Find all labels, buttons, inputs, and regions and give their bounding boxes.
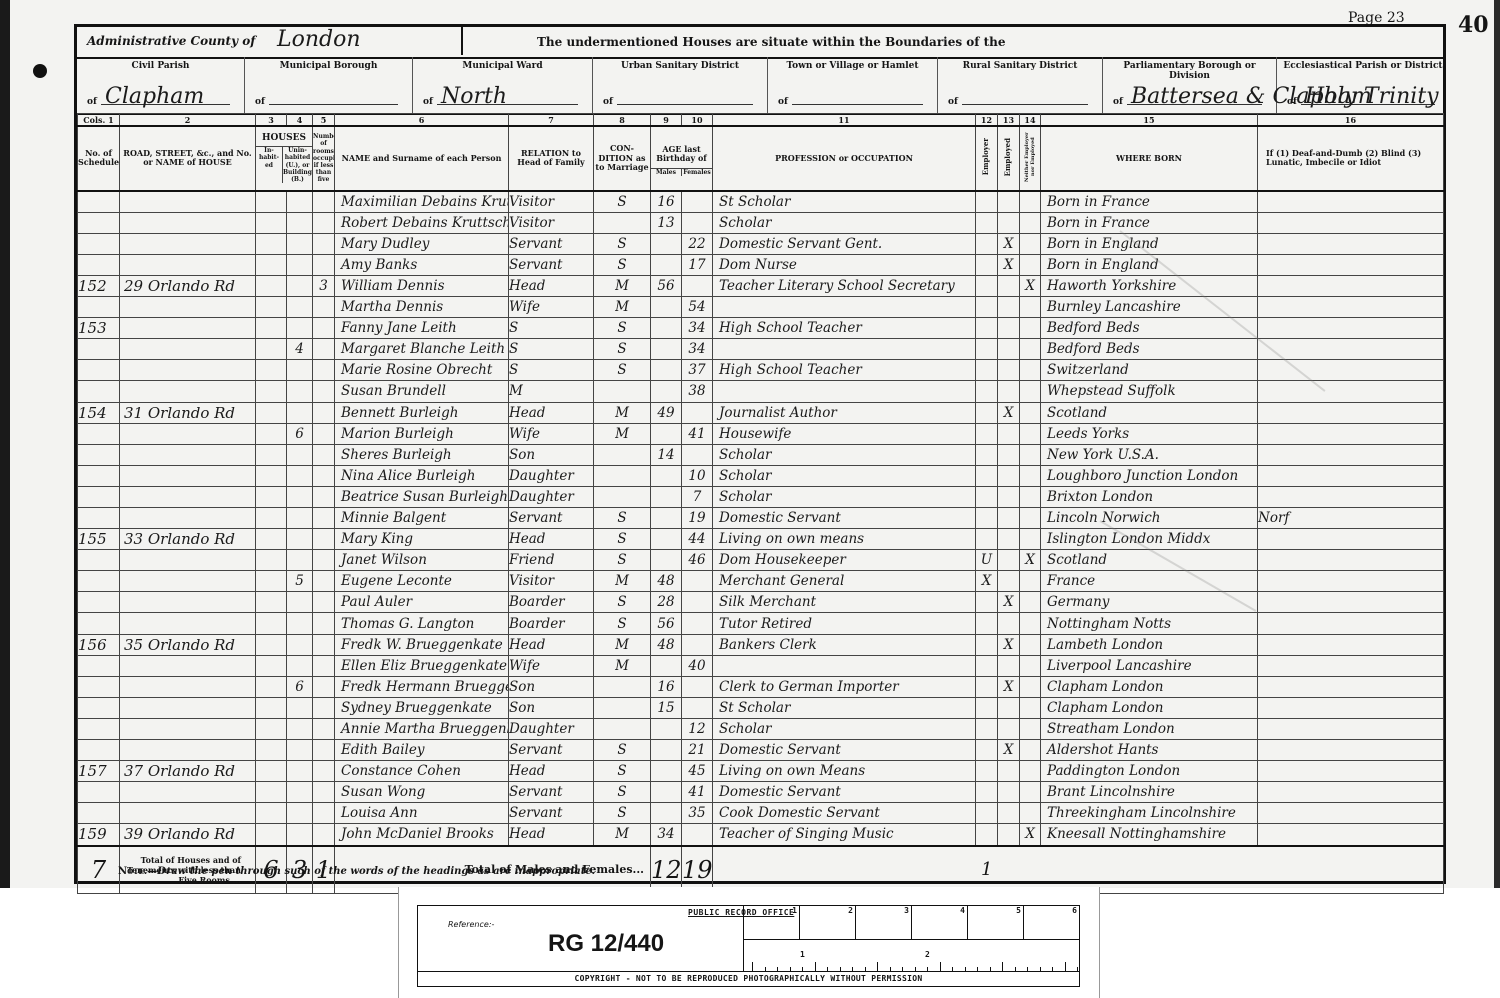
- row-inhabited: [256, 655, 287, 676]
- row-neither: [1020, 761, 1041, 782]
- row-employer: [976, 613, 998, 634]
- row-road: [120, 697, 256, 718]
- district-field: Ecclesiastical Parish or DistrictofHoly …: [1277, 57, 1449, 113]
- column-number: 13: [998, 114, 1020, 127]
- row-condition: [594, 465, 651, 486]
- row-rooms: [313, 613, 335, 634]
- row-inhabited: [256, 592, 287, 613]
- table-row: Louisa AnnServantS35Cook Domestic Servan…: [78, 803, 1444, 824]
- row-inhabited: [256, 613, 287, 634]
- row-male-age: [651, 339, 682, 360]
- fill-line: [962, 104, 1088, 105]
- row-rooms: [313, 233, 335, 254]
- copyright-notice: COPYRIGHT - NOT TO BE REPRODUCED PHOTOGR…: [418, 971, 1079, 986]
- row-male-age: [651, 718, 682, 739]
- row-female-age: 41: [682, 782, 713, 803]
- row-inhabited: [256, 465, 287, 486]
- row-birthplace: Born in England: [1041, 233, 1258, 254]
- row-schedule: [78, 655, 120, 676]
- column-header-row: No. of Schedule ROAD, STREET, &c., and N…: [78, 126, 1444, 191]
- row-uninhabited: 5: [287, 571, 313, 592]
- row-inhabited: [256, 740, 287, 761]
- row-occupation: Living on own Means: [713, 761, 976, 782]
- row-employed: [998, 529, 1020, 550]
- table-row: 15939 Orlando RdJohn McDaniel BrooksHead…: [78, 824, 1444, 846]
- row-infirmity: [1258, 655, 1444, 676]
- row-neither: [1020, 444, 1041, 465]
- row-female-age: 41: [682, 423, 713, 444]
- row-neither: [1020, 634, 1041, 655]
- row-infirmity: [1258, 423, 1444, 444]
- district-label: Town or Village or Hamlet: [768, 61, 937, 71]
- reference-number: RG 12/440: [548, 930, 664, 958]
- row-name: Mary King: [335, 529, 509, 550]
- col-condition-header: CON-DITION as to Marriage: [594, 126, 651, 191]
- row-schedule: [78, 465, 120, 486]
- row-employed: [998, 655, 1020, 676]
- row-schedule: [78, 803, 120, 824]
- row-road: [120, 360, 256, 381]
- row-road: [120, 803, 256, 824]
- row-condition: S: [594, 529, 651, 550]
- row-uninhabited: [287, 254, 313, 275]
- row-neither: [1020, 782, 1041, 803]
- row-inhabited: [256, 697, 287, 718]
- row-male-age: [651, 297, 682, 318]
- row-male-age: 48: [651, 634, 682, 655]
- row-employed: [998, 571, 1020, 592]
- row-relation: Head: [509, 402, 594, 423]
- row-name: Martha Dennis: [335, 297, 509, 318]
- row-name: Louisa Ann: [335, 803, 509, 824]
- row-road: [120, 339, 256, 360]
- row-rooms: [313, 423, 335, 444]
- table-row: Annie Martha BrueggenkateDaughter12Schol…: [78, 718, 1444, 739]
- row-infirmity: [1258, 360, 1444, 381]
- row-female-age: 22: [682, 233, 713, 254]
- row-uninhabited: [287, 697, 313, 718]
- row-inhabited: [256, 508, 287, 529]
- row-infirmity: [1258, 634, 1444, 655]
- row-uninhabited: [287, 529, 313, 550]
- row-birthplace: Switzerland: [1041, 360, 1258, 381]
- row-birthplace: Streatham London: [1041, 718, 1258, 739]
- row-inhabited: [256, 550, 287, 571]
- column-number: 15: [1041, 114, 1258, 127]
- row-male-age: 15: [651, 697, 682, 718]
- row-male-age: [651, 782, 682, 803]
- row-female-age: 46: [682, 550, 713, 571]
- row-condition: [594, 486, 651, 507]
- row-employer: [976, 360, 998, 381]
- row-male-age: [651, 360, 682, 381]
- ruler-cm-mark: 5: [968, 906, 1024, 939]
- row-road: [120, 508, 256, 529]
- table-row: 15635 Orlando RdFredk W. BrueggenkateHea…: [78, 634, 1444, 655]
- row-infirmity: [1258, 318, 1444, 339]
- row-neither: [1020, 360, 1041, 381]
- row-birthplace: Loughboro Junction London: [1041, 465, 1258, 486]
- row-neither: [1020, 254, 1041, 275]
- row-birthplace: Scotland: [1041, 402, 1258, 423]
- row-neither: [1020, 423, 1041, 444]
- row-neither: [1020, 233, 1041, 254]
- row-employed: [998, 508, 1020, 529]
- row-male-age: [651, 381, 682, 402]
- row-neither: [1020, 508, 1041, 529]
- row-rooms: [313, 697, 335, 718]
- males-header: Males: [651, 169, 682, 176]
- row-employed: [998, 465, 1020, 486]
- row-schedule: [78, 508, 120, 529]
- table-row: Beatrice Susan BurleighDaughter7ScholarB…: [78, 486, 1444, 507]
- column-number: 10: [682, 114, 713, 127]
- row-condition: M: [594, 297, 651, 318]
- row-employed: [998, 782, 1020, 803]
- district-value: North: [441, 84, 507, 109]
- row-employer: [976, 508, 998, 529]
- row-uninhabited: [287, 508, 313, 529]
- row-road: [120, 233, 256, 254]
- row-female-age: [682, 275, 713, 296]
- total-males: 12: [651, 846, 682, 894]
- row-name: Ellen Eliz Brueggenkate: [335, 655, 509, 676]
- row-infirmity: [1258, 550, 1444, 571]
- census-rows: Maximilian Debains KruttschVisitorS16St …: [78, 191, 1444, 846]
- row-uninhabited: [287, 803, 313, 824]
- row-condition: [594, 676, 651, 697]
- row-uninhabited: [287, 592, 313, 613]
- row-employer: [976, 402, 998, 423]
- row-employed: X: [998, 740, 1020, 761]
- table-row: 153Fanny Jane LeithSS34High School Teach…: [78, 318, 1444, 339]
- row-rooms: [313, 655, 335, 676]
- row-employer: [976, 381, 998, 402]
- row-birthplace: Born in France: [1041, 212, 1258, 233]
- row-condition: M: [594, 571, 651, 592]
- row-employed: [998, 423, 1020, 444]
- row-name: Mary Dudley: [335, 233, 509, 254]
- row-employer: [976, 254, 998, 275]
- row-road: [120, 297, 256, 318]
- folio-number: 40: [1458, 12, 1489, 38]
- row-relation: Daughter: [509, 465, 594, 486]
- row-female-age: [682, 824, 713, 846]
- column-number: 3: [256, 114, 287, 127]
- row-male-age: 28: [651, 592, 682, 613]
- row-male-age: 56: [651, 275, 682, 296]
- row-rooms: [313, 571, 335, 592]
- row-birthplace: Islington London Middx: [1041, 529, 1258, 550]
- row-female-age: 19: [682, 508, 713, 529]
- row-female-age: 17: [682, 254, 713, 275]
- district-label: Ecclesiastical Parish or District: [1277, 61, 1449, 71]
- row-occupation: Cook Domestic Servant: [713, 803, 976, 824]
- ruler-top-scale: 123456: [744, 906, 1080, 940]
- row-occupation: Journalist Author: [713, 402, 976, 423]
- row-employer: [976, 423, 998, 444]
- column-number: 6: [335, 114, 509, 127]
- row-neither: [1020, 381, 1041, 402]
- row-employed: [998, 803, 1020, 824]
- row-male-age: 16: [651, 676, 682, 697]
- ruler-cm-mark: 3: [856, 906, 912, 939]
- table-row: Susan BrundellM38Whepstead Suffolk: [78, 381, 1444, 402]
- admin-county-value: London: [277, 27, 361, 52]
- row-occupation: Scholar: [713, 444, 976, 465]
- row-infirmity: [1258, 697, 1444, 718]
- of-label: of: [778, 97, 788, 107]
- row-neither: X: [1020, 824, 1041, 846]
- row-road: [120, 486, 256, 507]
- row-employer: [976, 297, 998, 318]
- row-employer: U: [976, 550, 998, 571]
- row-birthplace: Threekingham Lincolnshire: [1041, 803, 1258, 824]
- row-road: [120, 782, 256, 803]
- row-infirmity: [1258, 613, 1444, 634]
- row-occupation: Domestic Servant Gent.: [713, 233, 976, 254]
- row-infirmity: [1258, 191, 1444, 213]
- row-schedule: 156: [78, 634, 120, 655]
- row-inhabited: [256, 486, 287, 507]
- row-schedule: 155: [78, 529, 120, 550]
- col-born-header: WHERE BORN: [1041, 126, 1258, 191]
- row-relation: Visitor: [509, 191, 594, 213]
- row-condition: S: [594, 508, 651, 529]
- row-birthplace: Brixton London: [1041, 486, 1258, 507]
- row-infirmity: [1258, 529, 1444, 550]
- row-uninhabited: [287, 402, 313, 423]
- row-inhabited: [256, 381, 287, 402]
- row-uninhabited: [287, 275, 313, 296]
- row-inhabited: [256, 718, 287, 739]
- row-male-age: 48: [651, 571, 682, 592]
- row-male-age: [651, 529, 682, 550]
- row-occupation: [713, 339, 976, 360]
- row-neither: [1020, 655, 1041, 676]
- table-row: Amy BanksServantS17Dom NurseXBorn in Eng…: [78, 254, 1444, 275]
- table-row: 4Margaret Blanche LeithSS34Bedford Beds: [78, 339, 1444, 360]
- row-name: Janet Wilson: [335, 550, 509, 571]
- table-row: 5Eugene LeconteVisitorM48Merchant Genera…: [78, 571, 1444, 592]
- row-inhabited: [256, 676, 287, 697]
- district-label: Municipal Ward: [413, 61, 592, 71]
- district-field: Municipal WardofNorth: [413, 57, 593, 113]
- row-inhabited: [256, 571, 287, 592]
- row-male-age: [651, 318, 682, 339]
- row-inhabited: [256, 297, 287, 318]
- row-condition: M: [594, 275, 651, 296]
- row-condition: M: [594, 402, 651, 423]
- col-rooms-header: Number of rooms occupied if less than fi…: [313, 126, 335, 191]
- row-male-age: 13: [651, 212, 682, 233]
- row-female-age: 44: [682, 529, 713, 550]
- row-relation: Son: [509, 676, 594, 697]
- row-neither: [1020, 191, 1041, 213]
- row-name: Margaret Blanche Leith: [335, 339, 509, 360]
- row-occupation: Scholar: [713, 465, 976, 486]
- row-uninhabited: 4: [287, 339, 313, 360]
- total-females: 19: [682, 846, 713, 894]
- row-uninhabited: [287, 212, 313, 233]
- ruler-cm-mark: 6: [1024, 906, 1080, 939]
- row-rooms: [313, 824, 335, 846]
- table-row: 15533 Orlando RdMary KingHeadS44Living o…: [78, 529, 1444, 550]
- row-inhabited: [256, 233, 287, 254]
- row-employed: [998, 824, 1020, 846]
- note-prefix: Note.: [118, 866, 147, 877]
- form-note: Note.—Draw the pen through such of the w…: [118, 866, 595, 877]
- row-schedule: 159: [78, 824, 120, 846]
- row-relation: Daughter: [509, 718, 594, 739]
- ruler-inch-mark: 2: [925, 950, 930, 959]
- row-infirmity: [1258, 444, 1444, 465]
- row-relation: Head: [509, 634, 594, 655]
- row-female-age: [682, 212, 713, 233]
- fill-line: [792, 104, 923, 105]
- row-occupation: St Scholar: [713, 697, 976, 718]
- of-label: of: [255, 97, 265, 107]
- row-rooms: [313, 191, 335, 213]
- table-row: Mary DudleyServantS22Domestic Servant Ge…: [78, 233, 1444, 254]
- row-rooms: [313, 465, 335, 486]
- row-road: 31 Orlando Rd: [120, 402, 256, 423]
- row-neither: [1020, 571, 1041, 592]
- district-field: Rural Sanitary Districtof: [938, 57, 1103, 113]
- females-header: Females: [682, 169, 712, 176]
- table-row: 15229 Orlando Rd3William DennisHeadM56Te…: [78, 275, 1444, 296]
- row-employer: [976, 529, 998, 550]
- row-condition: M: [594, 824, 651, 846]
- row-name: Maximilian Debains Kruttsch: [335, 191, 509, 213]
- row-occupation: Teacher of Singing Music: [713, 824, 976, 846]
- row-schedule: 152: [78, 275, 120, 296]
- row-schedule: [78, 339, 120, 360]
- census-form: Administrative County of London The unde…: [74, 24, 1446, 884]
- row-rooms: [313, 718, 335, 739]
- admin-county-label: Administrative County of: [87, 34, 255, 48]
- row-condition: S: [594, 782, 651, 803]
- of-label: of: [1113, 97, 1123, 107]
- row-employer: [976, 275, 998, 296]
- row-birthplace: New York U.S.A.: [1041, 444, 1258, 465]
- row-male-age: [651, 761, 682, 782]
- row-female-age: 21: [682, 740, 713, 761]
- row-employer: [976, 697, 998, 718]
- row-occupation: Bankers Clerk: [713, 634, 976, 655]
- row-name: Fanny Jane Leith: [335, 318, 509, 339]
- row-birthplace: Paddington London: [1041, 761, 1258, 782]
- row-infirmity: Norf: [1258, 508, 1444, 529]
- district-value: Holy Trinity: [1305, 84, 1439, 109]
- row-road: [120, 613, 256, 634]
- row-road: [120, 655, 256, 676]
- row-uninhabited: [287, 297, 313, 318]
- row-female-age: 45: [682, 761, 713, 782]
- row-uninhabited: [287, 233, 313, 254]
- row-road: [120, 191, 256, 213]
- row-relation: Wife: [509, 423, 594, 444]
- col-name-header: NAME and Surname of each Person: [335, 126, 509, 191]
- row-inhabited: [256, 339, 287, 360]
- row-neither: X: [1020, 550, 1041, 571]
- row-rooms: [313, 634, 335, 655]
- row-road: [120, 465, 256, 486]
- row-infirmity: [1258, 782, 1444, 803]
- row-birthplace: Born in France: [1041, 191, 1258, 213]
- row-relation: Servant: [509, 254, 594, 275]
- row-neither: [1020, 718, 1041, 739]
- row-rooms: [313, 339, 335, 360]
- row-relation: Wife: [509, 655, 594, 676]
- row-relation: Wife: [509, 297, 594, 318]
- total-employed-mark: 1: [713, 846, 1444, 894]
- row-uninhabited: [287, 360, 313, 381]
- row-employed: [998, 191, 1020, 213]
- row-uninhabited: [287, 381, 313, 402]
- row-road: [120, 676, 256, 697]
- row-male-age: [651, 423, 682, 444]
- row-male-age: [651, 486, 682, 507]
- row-birthplace: Liverpool Lancashire: [1041, 655, 1258, 676]
- row-infirmity: [1258, 676, 1444, 697]
- row-male-age: 56: [651, 613, 682, 634]
- row-infirmity: [1258, 233, 1444, 254]
- row-name: Fredk W. Brueggenkate: [335, 634, 509, 655]
- col-employer-header: Employer: [976, 126, 998, 191]
- row-relation: S: [509, 360, 594, 381]
- row-condition: S: [594, 360, 651, 381]
- employer-label: Employer: [982, 138, 990, 175]
- row-birthplace: Whepstead Suffolk: [1041, 381, 1258, 402]
- row-employer: [976, 212, 998, 233]
- row-infirmity: [1258, 381, 1444, 402]
- row-relation: S: [509, 318, 594, 339]
- row-schedule: [78, 718, 120, 739]
- ruler-cm-mark: 2: [800, 906, 856, 939]
- row-uninhabited: [287, 718, 313, 739]
- row-name: Susan Brundell: [335, 381, 509, 402]
- row-employer: [976, 718, 998, 739]
- row-condition: [594, 718, 651, 739]
- row-employer: [976, 318, 998, 339]
- row-neither: [1020, 676, 1041, 697]
- row-condition: S: [594, 254, 651, 275]
- row-name: Paul Auler: [335, 592, 509, 613]
- row-inhabited: [256, 254, 287, 275]
- row-occupation: Domestic Servant: [713, 782, 976, 803]
- row-female-age: [682, 444, 713, 465]
- table-row: Nina Alice BurleighDaughter10ScholarLoug…: [78, 465, 1444, 486]
- row-rooms: [313, 297, 335, 318]
- row-inhabited: [256, 803, 287, 824]
- row-inhabited: [256, 782, 287, 803]
- row-infirmity: [1258, 486, 1444, 507]
- row-birthplace: Leeds Yorks: [1041, 423, 1258, 444]
- row-uninhabited: [287, 550, 313, 571]
- row-road: [120, 571, 256, 592]
- row-condition: [594, 697, 651, 718]
- column-number: 14: [1020, 114, 1041, 127]
- row-relation: Visitor: [509, 571, 594, 592]
- row-relation: Servant: [509, 233, 594, 254]
- row-road: 39 Orlando Rd: [120, 824, 256, 846]
- row-neither: [1020, 740, 1041, 761]
- row-name: Sydney Brueggenkate: [335, 697, 509, 718]
- table-row: 6Marion BurleighWifeM41HousewifeLeeds Yo…: [78, 423, 1444, 444]
- district-label: Urban Sanitary District: [593, 61, 767, 71]
- table-row: 15431 Orlando RdBennett BurleighHeadM49J…: [78, 402, 1444, 423]
